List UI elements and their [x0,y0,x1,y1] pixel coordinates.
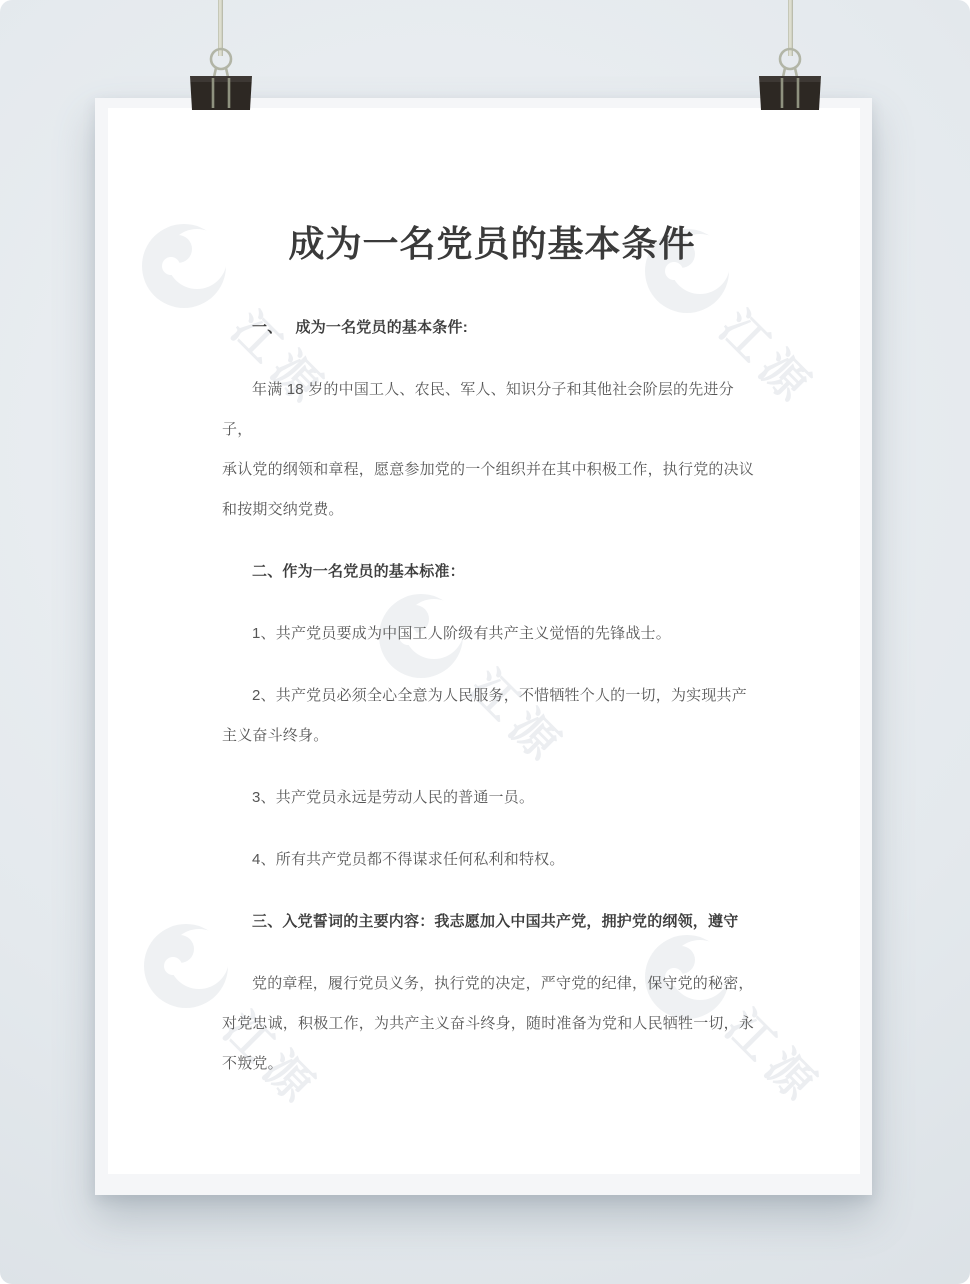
paper-sheet: 江源 江源 江源 江源 [95,98,872,1195]
document-title: 成为一名党员的基本条件 [222,222,762,266]
document-paragraph: 3、共产党员永远是劳动人民的普通一员。 [222,778,762,818]
document-heading: 一、 成为一名党员的基本条件: [222,308,762,348]
document-content: 成为一名党员的基本条件 一、 成为一名党员的基本条件: 年满 18 岁的中国工人… [108,108,858,1106]
document-paragraph: 年满 18 岁的中国工人、农民、军人、知识分子和其他社会阶层的先进分子， 承认党… [222,370,762,530]
document-heading: 三、入党誓词的主要内容：我志愿加入中国共产党，拥护党的纲领，遵守 [222,902,762,942]
document-paragraph: 1、共产党员要成为中国工人阶级有共产主义觉悟的先锋战士。 [222,614,762,654]
document-heading: 二、作为一名党员的基本标准： [222,552,762,592]
binder-clip-icon [186,42,256,132]
poster-mockup: 江源 江源 江源 江源 [0,0,970,1284]
document-paragraph: 4、所有共产党员都不得谋求任何私利和特权。 [222,840,762,880]
binder-clip-icon [755,42,825,132]
document-page: 江源 江源 江源 江源 [108,108,860,1174]
document-paragraph: 2、共产党员必须全心全意为人民服务，不惜牺牲个人的一切，为实现共产 主义奋斗终身… [222,676,762,756]
document-paragraph: 党的章程，履行党员义务，执行党的决定，严守党的纪律，保守党的秘密， 对党忠诚，积… [222,964,762,1084]
